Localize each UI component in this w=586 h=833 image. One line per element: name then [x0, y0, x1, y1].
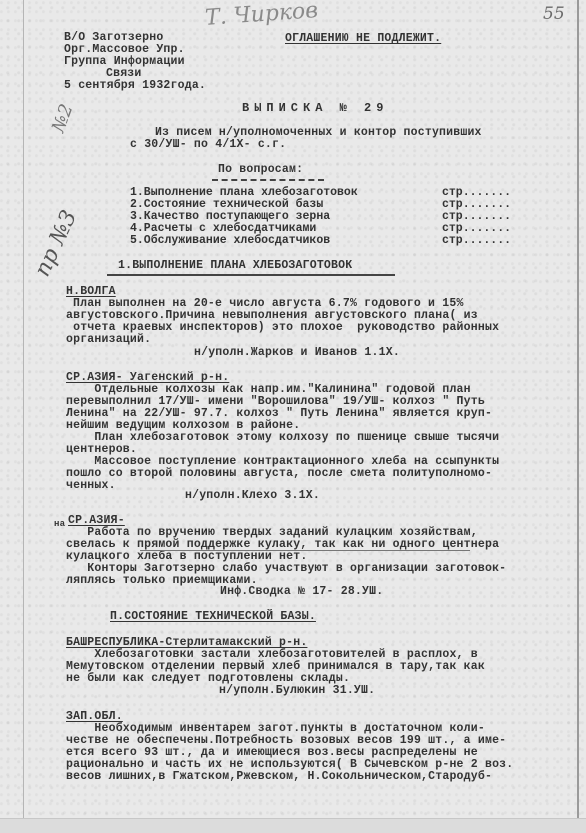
entry-signature: н/уполн.Жарков и Иванов 1.1Х.	[194, 347, 400, 359]
toc-heading-rule	[212, 179, 324, 181]
document-title: ВЫПИСКА № 29	[242, 102, 388, 114]
entry-line: организаций.	[66, 334, 151, 346]
page-number: 55	[543, 4, 565, 24]
scan-bottom-margin	[0, 818, 586, 833]
section-heading: П.СОСТОЯНИЕ ТЕХНИЧЕСКОЙ БАЗЫ.	[110, 611, 316, 623]
subtitle-line: с 30/УШ- по 4/1Х- с.г.	[130, 139, 286, 151]
toc-heading: По вопросам:	[218, 164, 303, 176]
handwritten-top-note: Т. Чирков	[204, 0, 319, 31]
entry-signature: н/уполн.Булюкин 31.УШ.	[219, 685, 375, 697]
confidential-stamp: ОГЛАШЕНИЮ НЕ ПОДЛЕЖИТ.	[285, 33, 441, 45]
document-date: 5 сентября 1932года.	[64, 80, 206, 92]
handwritten-margin-note-2: пр №3	[30, 207, 82, 281]
document-page: 55 Т. Чирков №2 пр №3 В/О Заготзерно Орг…	[0, 0, 586, 833]
sheet-edge-right	[577, 0, 579, 820]
entry-signature: Инф.Сводка № 17- 28.УШ.	[220, 586, 383, 598]
entry-region-prefix: на	[54, 518, 65, 530]
entry-line: ченных.	[66, 480, 116, 492]
toc-page-ref: стр.......	[442, 235, 511, 247]
toc-item-label: 5.Обслуживание хлебосдатчиков	[130, 234, 330, 247]
entry-line: пошло со второй половины августа, после …	[66, 468, 492, 480]
handwritten-margin-note-1: №2	[48, 101, 77, 135]
toc-item: 5.Обслуживание хлебосдатчиков	[130, 235, 330, 247]
sheet-edge-left	[23, 0, 24, 820]
section-heading-rule	[107, 274, 395, 276]
entry-signature: н/уполн.Клехо 3.1Х.	[185, 490, 320, 502]
section-heading: 1.ВЫПОЛНЕНИЕ ПЛАНА ХЛЕБОЗАГОТОВОК	[118, 260, 352, 272]
entry-line: весов лишних,в Гжатском,Ржевском, Н.Соко…	[66, 771, 492, 783]
hand-underline	[140, 550, 470, 551]
